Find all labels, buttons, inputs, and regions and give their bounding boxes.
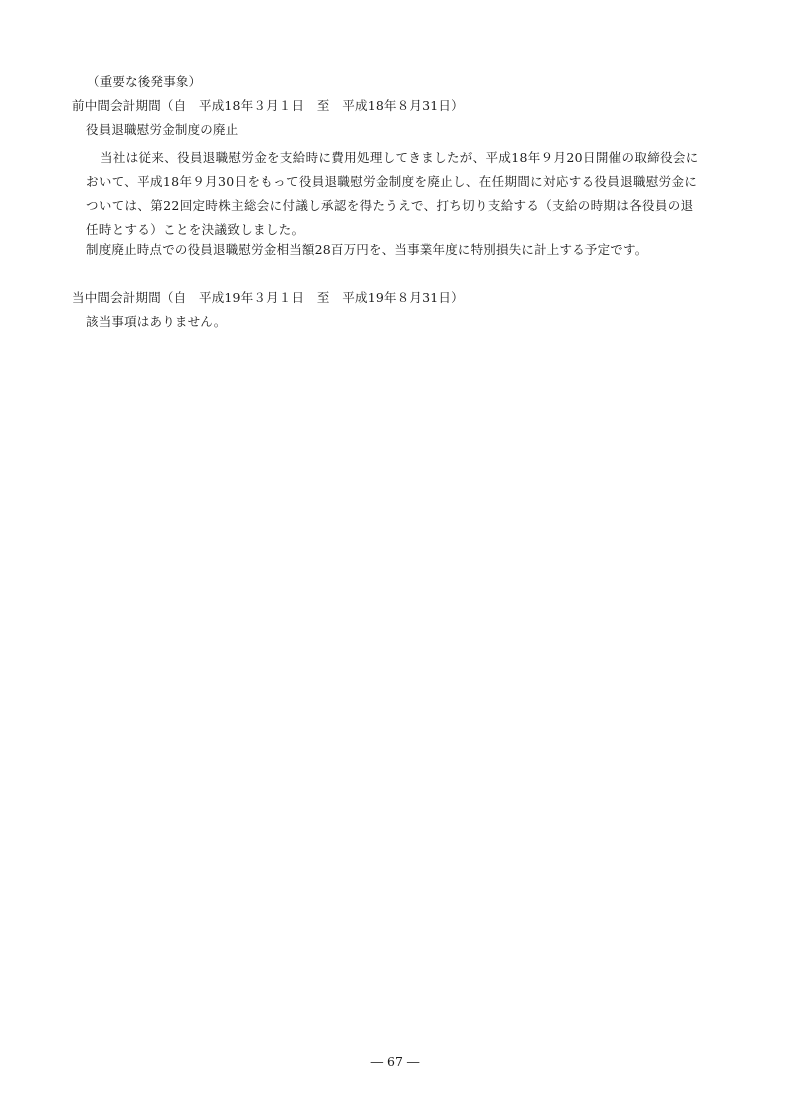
previous-period-subtitle: 役員退職慰労金制度の廃止 — [86, 122, 238, 138]
previous-period-note: 制度廃止時点での役員退職慰労金相当額28百万円を、当事業年度に特別損失に計上する… — [86, 242, 647, 258]
paragraph-line: 任時とする）ことを決議致しました。 — [86, 218, 718, 242]
paragraph-line: ついては、第22回定時株主総会に付議し承認を得たうえで、打ち切り支給する（支給の… — [86, 194, 718, 218]
current-period-label: 当中間会計期間（自 平成19年３月１日 至 平成19年８月31日） — [72, 290, 464, 306]
current-period-content: 該当事項はありません。 — [86, 314, 226, 330]
previous-period-label: 前中間会計期間（自 平成18年３月１日 至 平成18年８月31日） — [72, 98, 464, 114]
section-heading: （重要な後発事象） — [87, 74, 201, 90]
previous-period-paragraph: 当社は従来、役員退職慰労金を支給時に費用処理してきましたが、平成18年９月20日… — [86, 146, 718, 242]
paragraph-line: おいて、平成18年９月30日をもって役員退職慰労金制度を廃止し、在任期間に対応す… — [86, 170, 718, 194]
page-number: ― 67 ― — [0, 1054, 790, 1070]
paragraph-line: 当社は従来、役員退職慰労金を支給時に費用処理してきましたが、平成18年９月20日… — [86, 146, 718, 170]
